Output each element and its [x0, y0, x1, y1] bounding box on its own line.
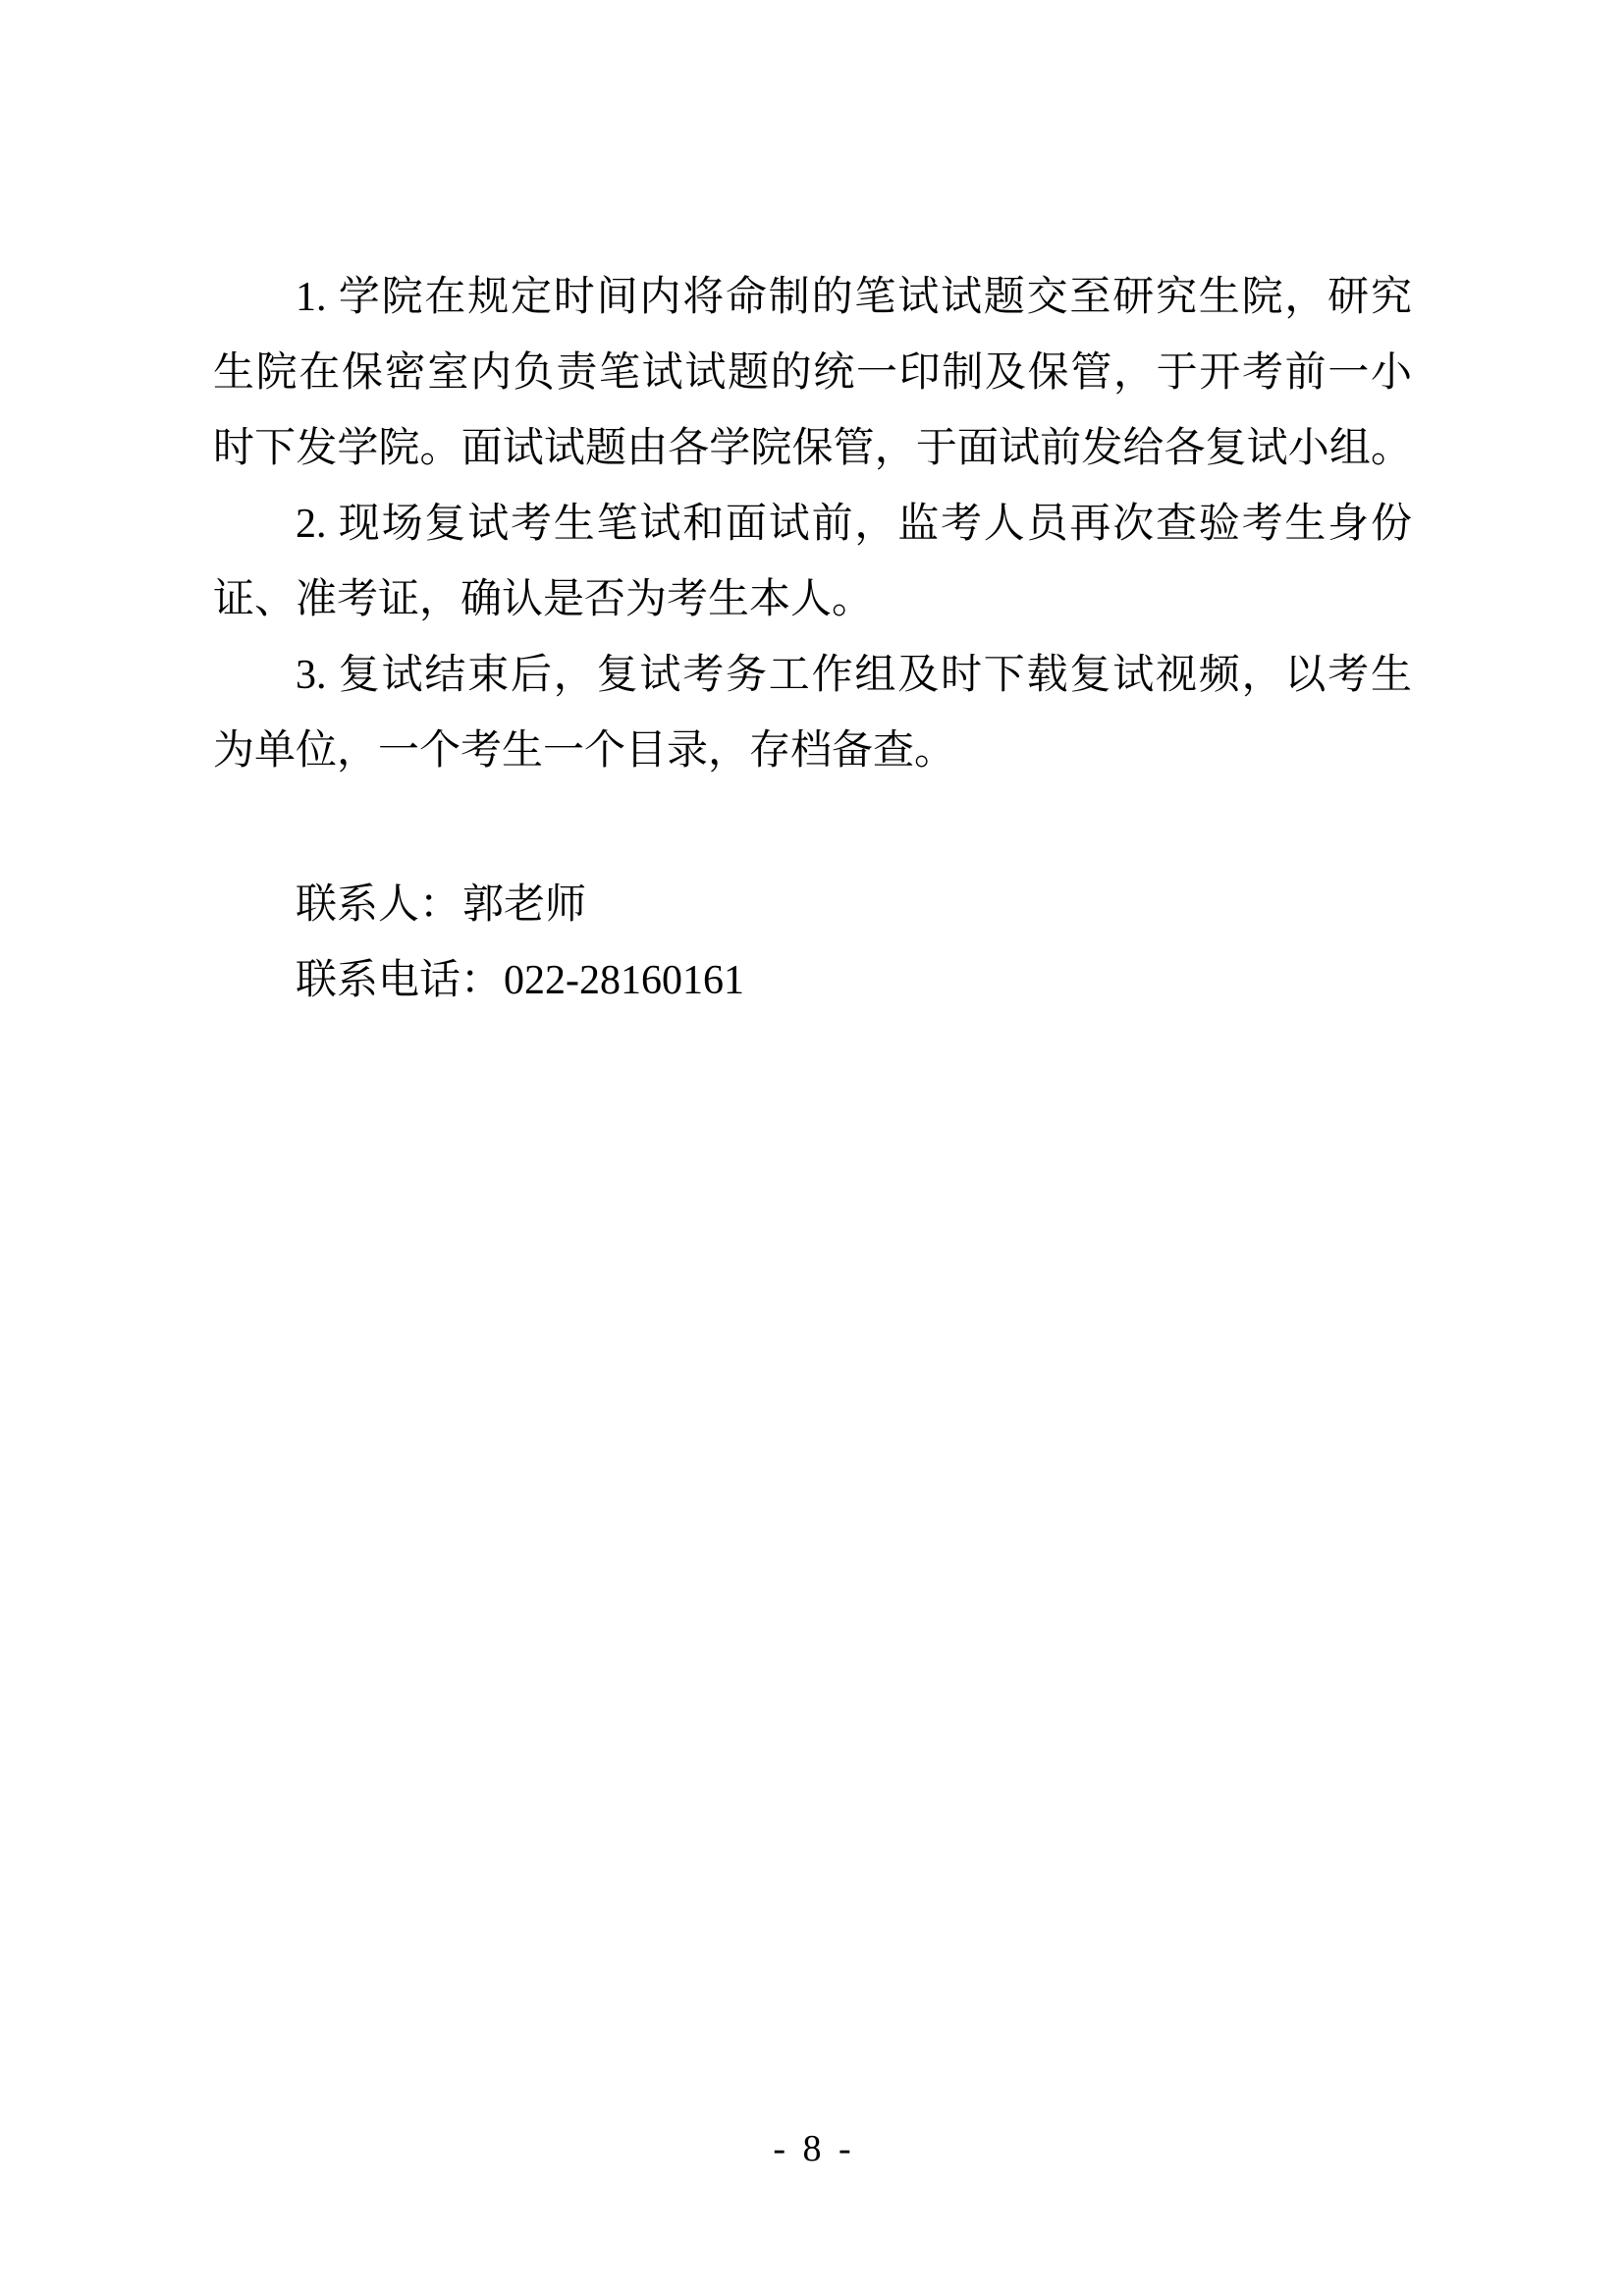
contact-phone-line: 联系电话：022-28160161 — [213, 943, 1412, 1019]
contact-person-line: 联系人：郭老师 — [213, 868, 1412, 943]
contact-phone-number: 022-28160161 — [502, 958, 744, 1003]
contact-phone-label: 联系电话： — [296, 958, 502, 1003]
blank-line — [213, 789, 1412, 868]
main-text-block: 1. 学院在规定时间内将命制的笔试试题交至研究生院，研究 生院在保密室内负责笔试… — [213, 260, 1412, 1019]
text-line: 3. 复试结束后，复试考务工作组及时下载复试视频，以考生 — [213, 638, 1412, 714]
contact-person-label: 联系人： — [296, 882, 460, 928]
document-page: 1. 学院在规定时间内将命制的笔试试题交至研究生院，研究 生院在保密室内负责笔试… — [0, 0, 1624, 2296]
text-line: 生院在保密室内负责笔试试题的统一印制及保管，于开考前一小 — [213, 336, 1412, 411]
contact-block: 联系人：郭老师 联系电话：022-28160161 — [213, 868, 1412, 1019]
paragraph-2: 2. 现场复试考生笔试和面试前，监考人员再次查验考生身份 证、准考证，确认是否为… — [213, 487, 1412, 638]
paragraph-1: 1. 学院在规定时间内将命制的笔试试题交至研究生院，研究 生院在保密室内负责笔试… — [213, 260, 1412, 487]
text-line: 1. 学院在规定时间内将命制的笔试试题交至研究生院，研究 — [213, 260, 1412, 336]
text-line: 时下发学院。面试试题由各学院保管，于面试前发给各复试小组。 — [213, 411, 1412, 487]
paragraph-3: 3. 复试结束后，复试考务工作组及时下载复试视频，以考生 为单位，一个考生一个目… — [213, 638, 1412, 789]
contact-person-name: 郭老师 — [460, 882, 586, 928]
text-line: 为单位，一个考生一个目录，存档备查。 — [213, 714, 1412, 789]
text-line: 2. 现场复试考生笔试和面试前，监考人员再次查验考生身份 — [213, 487, 1412, 562]
page-number: - 8 - — [0, 2130, 1624, 2167]
text-line: 证、准考证，确认是否为考生本人。 — [213, 562, 1412, 638]
